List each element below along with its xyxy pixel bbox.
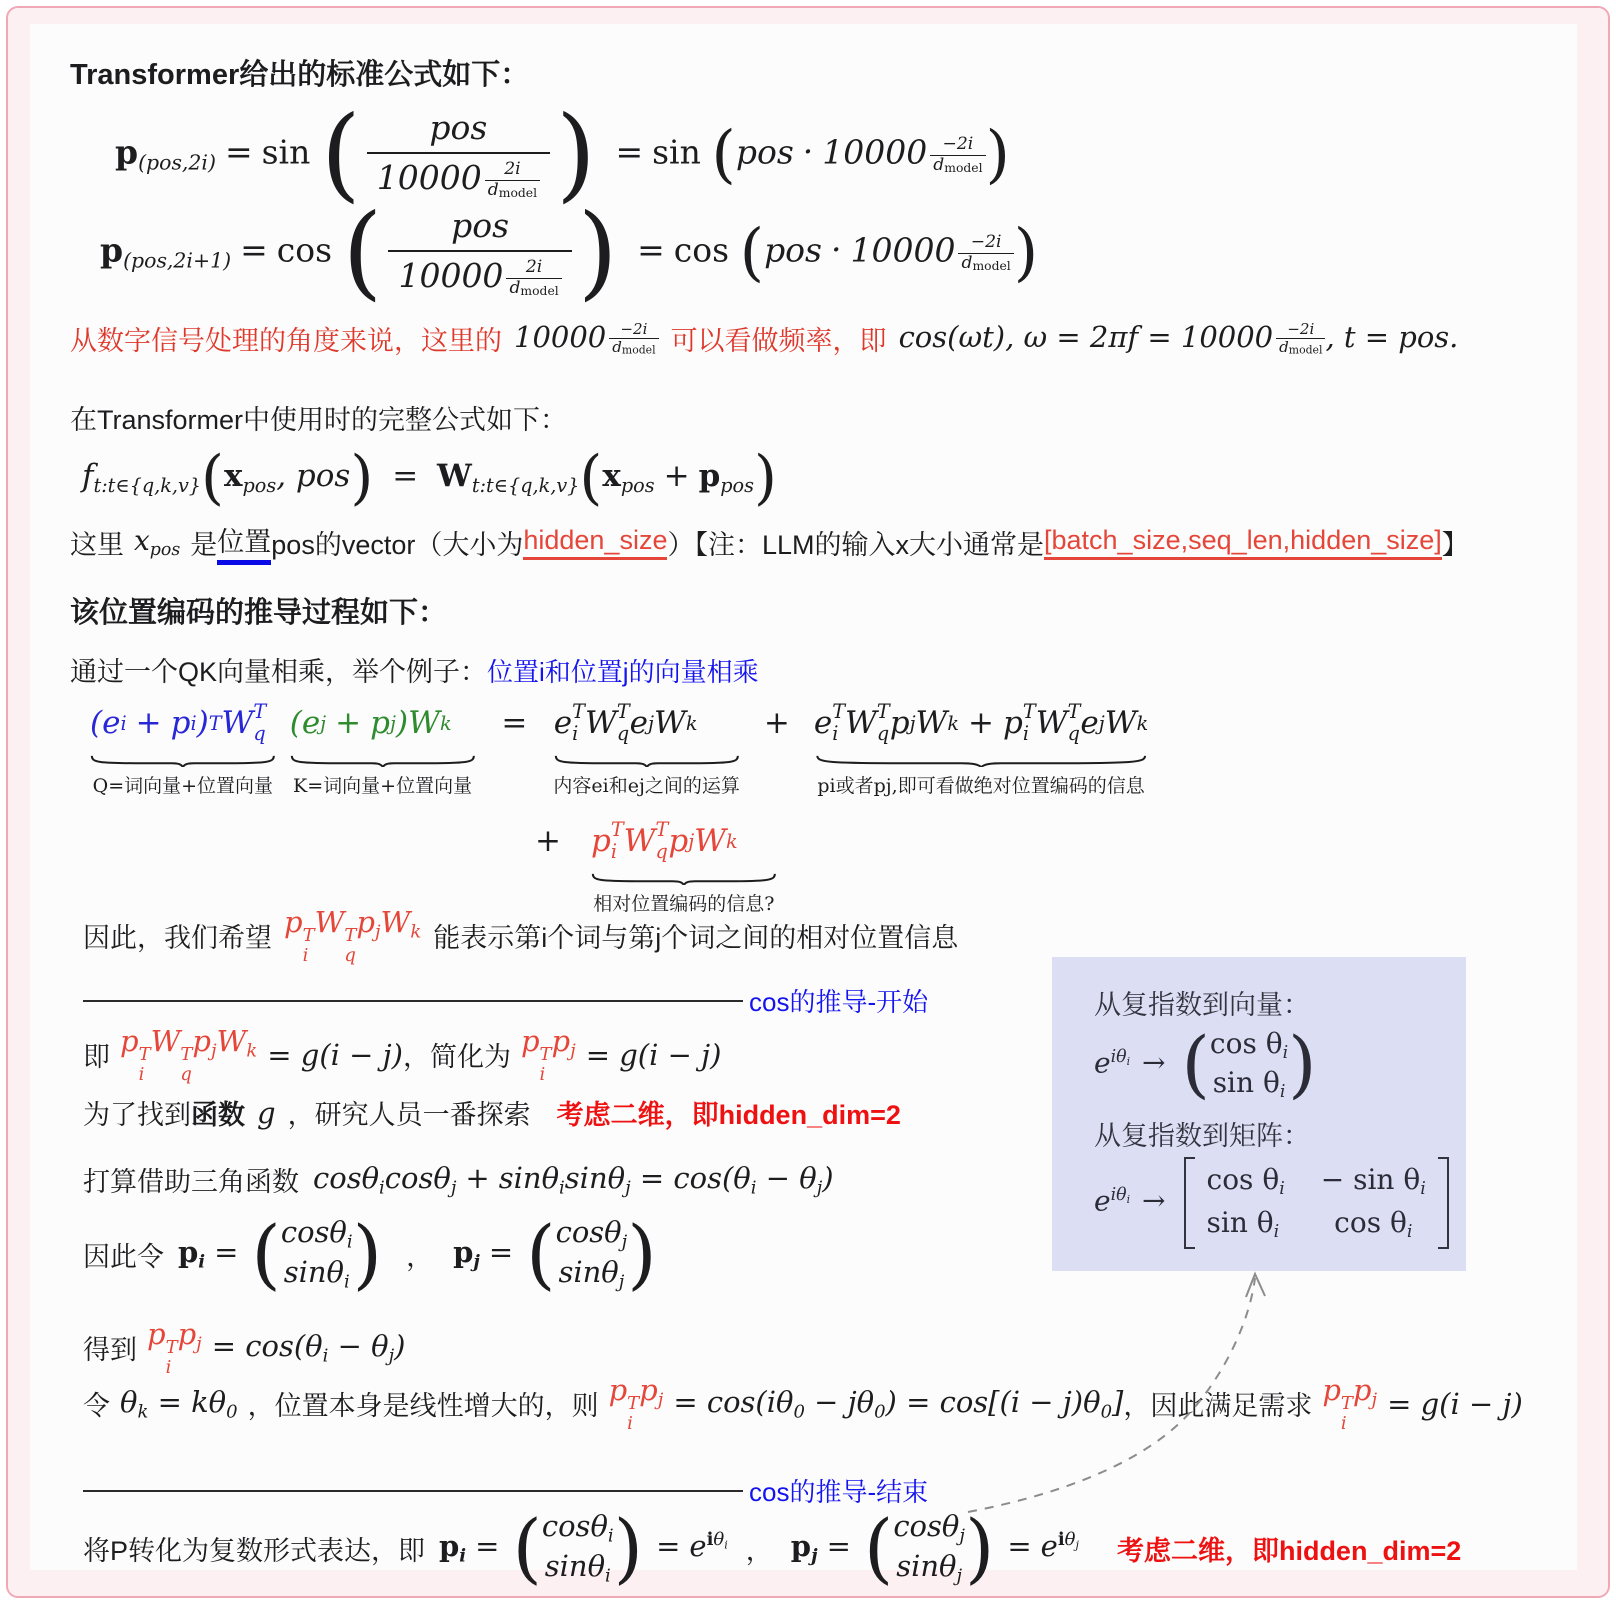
red-term-short: pTipj [609,1373,664,1434]
annotation-red-2d: 考虑二维，即hidden_dim=2 [557,1093,901,1132]
cos-equality: = cos(θi − θj) [212,1329,406,1366]
relative-term-row: + pTiWTqpjWk 相对位置编码的信息? [535,814,777,916]
xpos-math: xpos [134,524,180,560]
underbrace [290,754,476,767]
tensor-shape-ref: [batch_size,seq_len,hidden_size] [1044,525,1442,560]
box-matrix-formula: eiθi→cos θi− sin θisin θicos θi [1094,1157,1466,1249]
formula-sin: p(pos,2i)=sin (pos100002idmodel) =sin (p… [115,108,1010,201]
plus-sign: + [764,696,790,750]
term-relative: pTiWTqpjWk 相对位置编码的信息? [591,814,777,916]
p-i-complex: pi=(cosθisinθi)=eiθi [439,1508,728,1588]
divider-line [83,1000,743,1002]
hidden-size-ref: hidden_size [523,525,667,560]
underbrace [591,872,777,885]
red-term-short: pTipj [147,1317,202,1378]
red-term: pTiWTqpjWk [284,905,421,966]
red-term: pTiWTqpjWk [120,1024,257,1085]
g-equality: = g(i − j) [1387,1387,1523,1421]
p-i-vector: pi=(cosθisinθi) [178,1214,386,1294]
eq-simplify-line: 即 pTiWTqpjWk = g(i − j) ，简化为 pTipj = g(i… [83,1024,721,1085]
underbrace [90,754,276,767]
red-term-short: pTipj [1322,1373,1377,1434]
linear-theta-line: 令 θk = kθ0 ，位置本身是线性增大的，则 pTipj = cos(iθ0… [83,1373,1523,1434]
brace-label-absolute: pi或者pj,即可看做绝对位置编码的信息 [817,771,1144,798]
cos-expansion: = cos(iθ0 − jθ0) = cos[(i − j)θ0] [673,1385,1123,1422]
conclusion-line: 因此，我们希望 pTiWTqpjWk 能表示第i个词与第j个词之间的相对位置信息 [83,905,958,966]
divider-cos-start: cos的推导-开始 [83,982,928,1019]
arrow-right: → [1142,1046,1165,1079]
qk-multiply-line: 通过一个QK向量相乘，举个例子：位置i和位置j的向量相乘 [70,650,759,689]
position-underlined: 位置 [217,520,271,565]
underbrace [814,754,1148,767]
complex-form-line: 将P转化为复数形式表达，即 pi=(cosθisinθi)=eiθi ， pj=… [83,1504,1461,1592]
expansion-equation: (ei+pi)TWTq Q=词向量+位置向量 (ej+pj)Wk K=词向量+位… [90,696,1148,798]
equals-sign: = [501,696,527,750]
full-formula-intro: 在Transformer中使用时的完整公式如下： [70,398,567,437]
exponent-fraction: 2idmodel [485,160,540,200]
box-matrix-label: 从复指数到矩阵： [1094,1114,1466,1153]
formula-attention-qkv: ft:t∈{q,k,v}(xpos, pos) = Wt:t∈{q,k,v}(x… [82,458,777,497]
g-equality: = g(i − j) [586,1038,722,1072]
exponent: iθi [707,1529,728,1550]
arrow-right: → [1142,1184,1165,1217]
trig-identity-line: 打算借助三角函数 cosθicosθj+sinθisinθj = cos(θi … [83,1160,834,1199]
find-g-line: 为了找到函数 g ，研究人员一番探索 考虑二维，即hidden_dim=2 [83,1093,901,1132]
term-k: (ej+pj)Wk K=词向量+位置向量 [290,696,476,798]
rotation-matrix: cos θi− sin θisin θicos θi [1184,1157,1449,1249]
p-j-vector: pj=(cosθjsinθj) [453,1214,661,1294]
exponent: iθj [1058,1529,1079,1550]
exponent: iθi [1111,1047,1130,1067]
term-content: eTiWTqejWk 内容ei和ej之间的运算 [553,696,739,798]
annotation-blue-ij: 位置i和位置j的向量相乘 [487,657,759,687]
sentence-xpos: 这里 xpos 是位置pos的vector（大小为hidden_size）【注：… [70,520,1469,565]
exponent-fraction: −2idmodel [930,135,985,175]
theta-k-def: θk = kθ0 [120,1385,238,1422]
g-equality: = g(i − j) [267,1038,403,1072]
g-symbol: g [257,1096,276,1130]
freq-exponent: 10000−2idmodel [514,320,659,358]
divider-line [83,1490,743,1492]
annotation-blue-start: cos的推导-开始 [749,982,928,1019]
content-card: Transformer给出的标准公式如下： p(pos,2i)=sin (pos… [30,24,1577,1570]
doc-title: Transformer给出的标准公式如下： [70,52,529,93]
exponent-fraction: 2idmodel [506,258,561,298]
underbrace [554,754,740,767]
brace-label-content: 内容ei和ej之间的运算 [553,771,739,798]
omega-equation: cos(ωt), ω = 2πf = 10000−2idmodel, t = p… [899,320,1459,358]
exponent: iθi [1111,1185,1130,1205]
define-pi-pj-line: 因此令 pi=(cosθisinθi) ， pj=(cosθjsinθj) [83,1210,661,1298]
p-j-complex: pj=(cosθjsinθj)=eiθj [791,1508,1079,1588]
box-vector-formula: eiθi→(cos θisin θi) [1094,1026,1466,1104]
exponent-fraction: −2idmodel [958,233,1013,273]
plus-sign: + [535,814,561,868]
box-vector-label: 从复指数到向量： [1094,983,1466,1022]
dot-product-line: 得到 pTipj = cos(θi − θj) [83,1317,405,1378]
red-term-short: pTipj [521,1024,576,1085]
annotation-red-2d: 考虑二维，即hidden_dim=2 [1117,1529,1461,1568]
red-note-paragraph: 从数字信号处理的角度来说，这里的 10000−2idmodel 可以看做频率，即… [70,319,1458,358]
term-q: (ei+pi)TWTq Q=词向量+位置向量 [90,696,276,798]
brace-label-q: Q=词向量+位置向量 [93,771,273,798]
complex-box: 从复指数到向量： eiθi→(cos θisin θi) 从复指数到矩阵： ei… [1052,957,1466,1271]
term-absolute: eTiWTqpjWk+pTiWTqejWk pi或者pj,即可看做绝对位置编码的… [814,696,1148,798]
derivation-heading: 该位置编码的推导过程如下： [70,590,447,631]
trig-identity: cosθicosθj+sinθisinθj = cos(θi − θj) [313,1161,834,1198]
brace-label-k: K=词向量+位置向量 [293,771,472,798]
formula-cos: p(pos,2i+1)=cos (pos100002idmodel) =cos … [100,206,1038,299]
